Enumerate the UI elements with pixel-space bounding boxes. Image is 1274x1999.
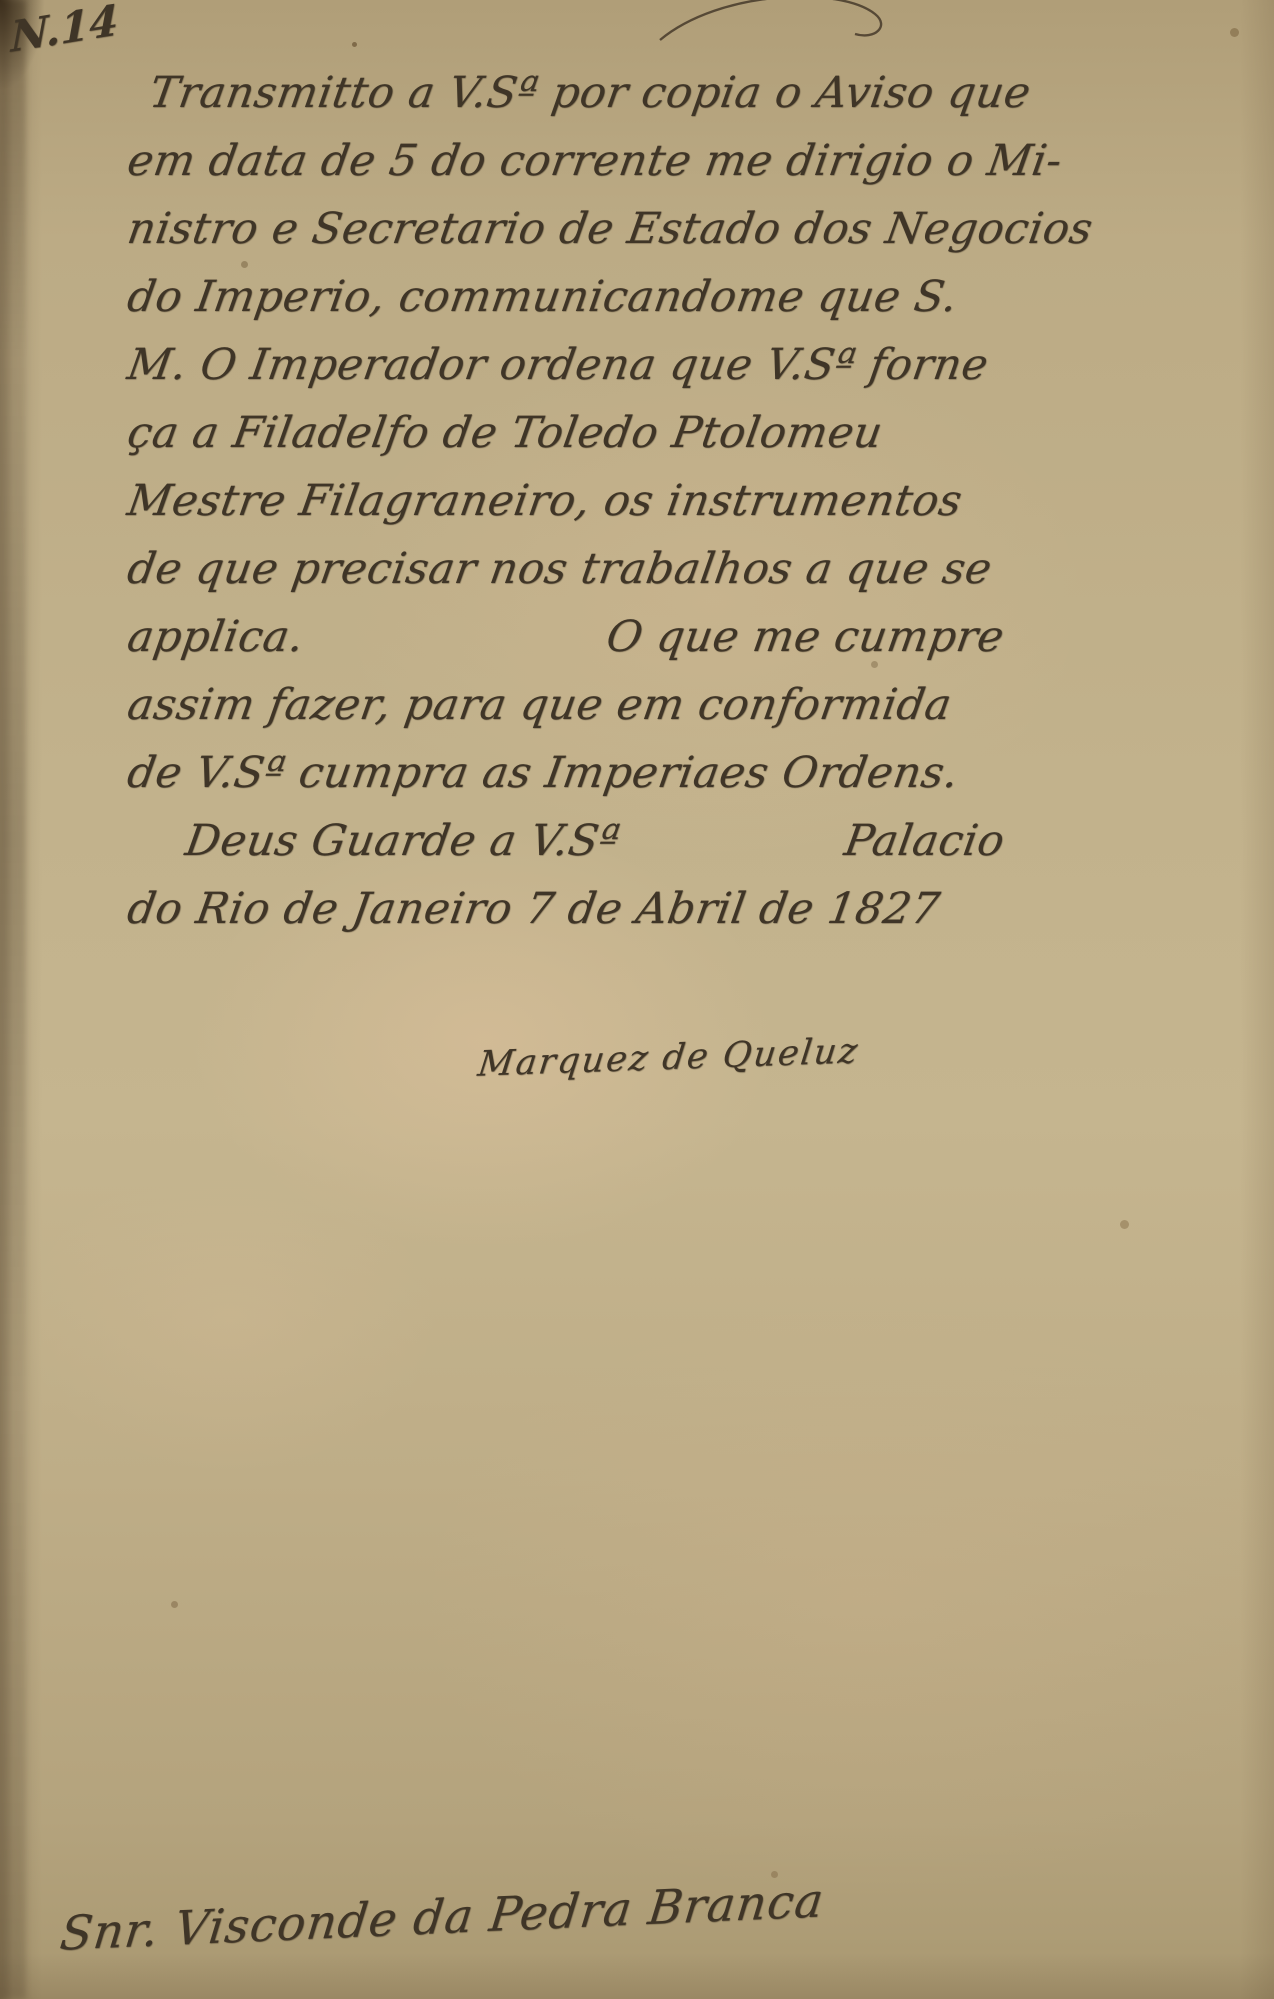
letter-line: do Imperio, communicandome que S. xyxy=(128,254,1004,322)
letter-line: do Rio de Janeiro 7 de Abril de 1827 xyxy=(128,866,1004,934)
letter-line-text: applica. xyxy=(124,612,308,662)
letter-line: Deus Guarde a V.Sª Palacio xyxy=(128,798,1004,866)
manuscript-page: N.14 Transmitto a V.Sª por copia o Aviso… xyxy=(0,0,1274,1999)
letter-line: ça a Filadelfo de Toledo Ptolomeu xyxy=(128,390,1004,458)
letter-line: de que precisar nos trabalhos a que se xyxy=(128,526,1004,594)
letter-line-text: O que me cumpre xyxy=(603,612,1008,662)
paper-stain xyxy=(352,42,357,47)
letter-line-text: de que precisar nos trabalhos a que se xyxy=(124,544,995,594)
letter-line-text: Mestre Filagraneiro, os instrumentos xyxy=(124,476,966,526)
letter-line: Mestre Filagraneiro, os instrumentos xyxy=(128,458,1004,526)
letter-line-text: do Rio de Janeiro 7 de Abril de 1827 xyxy=(124,884,943,934)
signature-text: Marquez de Queluz xyxy=(476,1031,862,1084)
letter-line-text: de V.Sª cumpra as Imperiaes Ordens. xyxy=(124,748,962,798)
letter-line-text: ça a Filadelfo de Toledo Ptolomeu xyxy=(124,408,886,458)
letter-line-text: nistro e Secretario de Estado dos Negoci… xyxy=(124,204,1096,254)
letter-line-text: Transmitto a V.Sª por copia o Aviso que xyxy=(146,68,1034,118)
signature: Marquez de Queluz xyxy=(477,1031,859,1084)
letter-line: de V.Sª cumpra as Imperiaes Ordens. xyxy=(128,730,1004,798)
letter-line: Transmitto a V.Sª por copia o Aviso que xyxy=(128,50,1004,118)
letter-line-text: Palacio xyxy=(841,816,1008,866)
document-number-text: N.14 xyxy=(11,0,118,62)
addressee-text: Snr. Visconde da Pedra Branca xyxy=(57,1873,827,1962)
letter-line: M. O Imperador ordena que V.Sª forne xyxy=(128,322,1004,390)
document-number: N.14 xyxy=(7,0,122,61)
letter-line: assim fazer, para que em conformida xyxy=(128,662,1004,730)
letter-line: em data de 5 do corrente me dirigio o Mi… xyxy=(128,118,1004,186)
letter-line-text: assim fazer, para que em conformida xyxy=(124,680,955,730)
letter-line-text: M. O Imperador ordena que V.Sª forne xyxy=(124,340,992,390)
letter-line-text: Deus Guarde a V.Sª xyxy=(182,816,624,866)
letter-line-text: do Imperio, communicandome que S. xyxy=(124,272,961,322)
addressee: Snr. Visconde da Pedra Branca xyxy=(59,1873,825,1961)
letter-line-text: em data de 5 do corrente me dirigio o Mi… xyxy=(124,136,1066,186)
letter-body: Transmitto a V.Sª por copia o Aviso que … xyxy=(128,50,1004,934)
letter-line: applica. O que me cumpre xyxy=(128,594,1004,662)
letter-line: nistro e Secretario de Estado dos Negoci… xyxy=(128,186,1004,254)
binding-edge-shadow xyxy=(0,0,26,1999)
